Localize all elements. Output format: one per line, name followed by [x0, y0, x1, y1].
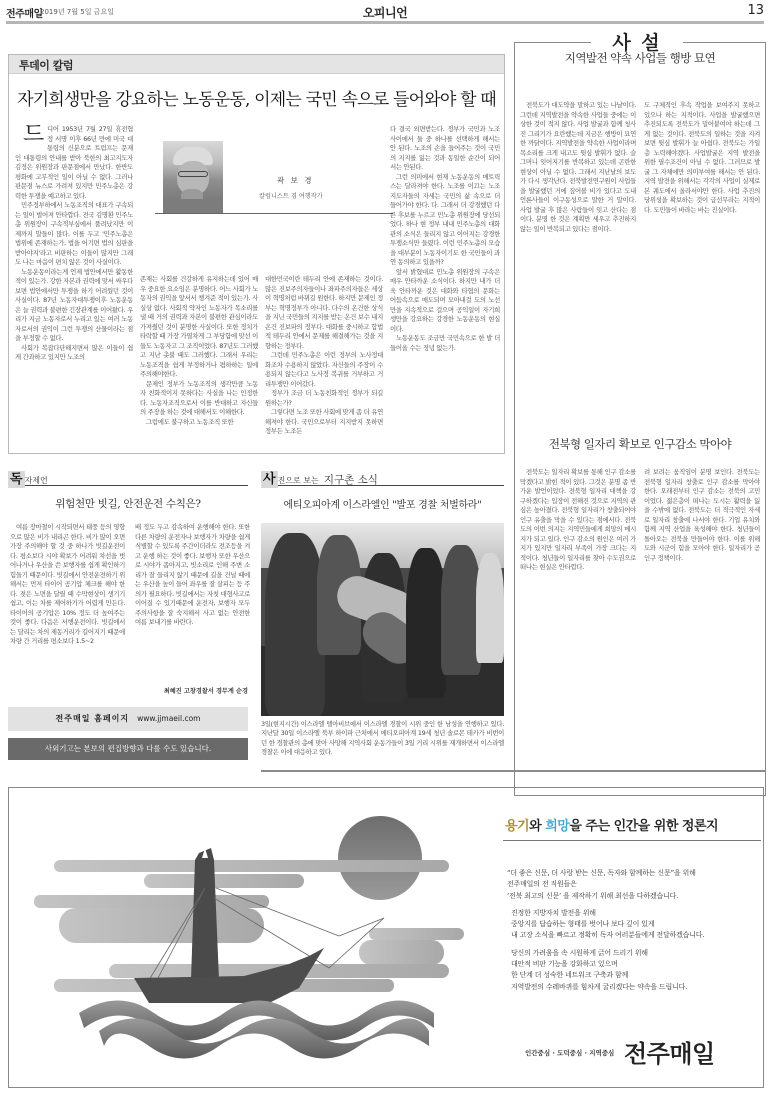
paragraph: 여름 장마철이 시작되면서 태풍 등의 영향으로 많은 비가 내리곤 한다. 비… [10, 523, 125, 647]
pledge-line: “더 좋은 신문, 더 사랑 받는 신문, 독자와 함께하는 신문”을 위해 [507, 869, 696, 877]
news-photo [261, 523, 504, 716]
reader-proposal-header: 독자제언 [8, 468, 248, 486]
homepage-label: 전주매일 홈페이지 [56, 714, 130, 723]
slogan-hope: 희망 [545, 819, 569, 834]
pledge-line: 전주매일의 전 직원들은 [507, 880, 577, 888]
paragraph: 그럼에도 불구하고 노동조직 또한 [140, 418, 258, 428]
column-headline: 자기희생만을 강요하는 노동운동, 이제는 국민 속으로 들어와야 할 때 [9, 85, 504, 110]
masthead-divider [6, 21, 764, 24]
paragraph: 대한민국이란 테두리 안에 존재하는 것이다. 많은 진보주의자들이나 좌파주의… [265, 275, 383, 351]
section-cap: 독 [8, 471, 25, 488]
ad-divider [503, 840, 761, 841]
column-text-col1: 드 디어 1953년 7월 27일 휴전협정 서명 이후 66년 만에 미국 대… [15, 125, 133, 445]
editorial-headline-1: 지역발전 약속 사업들 행방 묘연 [514, 50, 766, 66]
author-divider [155, 213, 393, 214]
reader-text-col2: 배 정도 두고 감속하여 운행해야 한다. 또한 다른 차량의 운전자나 보행자… [135, 523, 250, 685]
today-column: 투데이 칼럼 자기희생만을 강요하는 노동운동, 이제는 국민 속으로 들어와야… [8, 54, 505, 454]
ship-pen-illustration [9, 788, 479, 1087]
slogan-courage: 용기 [505, 819, 529, 834]
paragraph: 전북도가 대도약을 말하고 있는 나날이다. 그런데 지역발전을 약속한 사업들… [520, 101, 636, 234]
pledge-line: 지역발전의 수레바퀴를 힘차게 굴리겠다는 약속을 드립니다. [511, 983, 687, 991]
editorial-top-rule-right [683, 42, 766, 43]
editorial-1-col2: 도 구체적인 후속 작업을 보여주지 못하고 있으나 하는 지적이다. 사업을 … [644, 101, 760, 426]
paragraph: 그런데 민주노총은 이런 정부의 노사정대화조차 수용하지 않았다. 자신들의 … [265, 351, 383, 389]
column-text-col3: 대한민국이란 테두리 안에 존재하는 것이다. 많은 진보주의자들이나 좌파주의… [265, 275, 383, 447]
editorial-2-col2: 려 보려는 움직임이 분명 보인다. 전북도는 전북형 일자리 창출로 인구 감… [644, 468, 760, 790]
paragraph: 앞서 밝혔대로 민노총 위원장의 구속은 매우 안타까운 소식이다. 하지만 내… [390, 268, 500, 335]
paragraph: 정부가 조금 더 노동친화적인 정부가 되길 원하는가? [265, 389, 383, 408]
pledge-line: 내 고장 소식을 빠르고 정확히 독자 여러분들에게 전달하겠습니다. [511, 931, 704, 939]
slogan-text: 을 주는 인간을 위한 정론지 [569, 819, 718, 834]
section-label: 자제언 [25, 476, 48, 485]
paragraph: 노동운동도 조금만 국민속으로 한 발 더 들어올 수는 정녕 없는가. [390, 334, 500, 353]
section-label-small: 진으로 보는 [278, 476, 319, 485]
author-role: 칼럼니스트 겸 여행작가 [259, 191, 323, 200]
photo-news-headline: 에티오피아계 이스라엘인 "발포 경찰 처벌하라" [261, 496, 504, 511]
editorial-1-col1: 전북도가 대도약을 말하고 있는 나날이다. 그런데 지역발전을 약속한 사업들… [520, 101, 636, 426]
pledge-line: 당신의 가려움을 속 시원하게 긁어 드리기 위해 [511, 949, 648, 957]
paragraph: 그런 의미에서 현재 노동운동의 매트릭스는 달라져야 한다. 노조를 이끄는 … [390, 173, 500, 268]
section-divider [261, 770, 765, 772]
slogan-text: 와 [529, 819, 545, 834]
drop-cap: 드 [23, 125, 44, 145]
paragraph: 도 구체적인 후속 작업을 보여주지 못하고 있으나 하는 지적이다. 사업을 … [644, 101, 760, 215]
pledge-line: 진정한 지방자치 발전을 위해 [511, 909, 596, 917]
pledge-paragraph: “더 좋은 신문, 더 사랑 받는 신문, 독자와 함께하는 신문”을 위해 전… [507, 868, 762, 902]
column-text-col4: 다 결국 외면받는다. 정부가 국민과 노조사이에서 둘 중 하나를 선택하게 … [390, 125, 500, 447]
column-tab: 투데이 칼럼 [9, 55, 504, 74]
paragraph: 그렇다면 노조 또한 사회에 맞게 좀 더 유연해져야 한다. 국민으로부터 지… [265, 408, 383, 437]
officer-figure [406, 548, 446, 698]
editorial-2-col1: 전북도는 일자리 확보를 통해 인구 감소를 막겠다고 밝힌 적이 있다. 그것… [520, 468, 636, 790]
column-tab-label: 투데이 칼럼 [19, 57, 73, 73]
paragraph: 문제인 정부가 노동조직의 생각만큼 노동자 친화적이지 못하다는 사실을 나는… [140, 380, 258, 418]
page-number: 13 [747, 3, 764, 18]
paragraph: 민주정부하에서 노동조직의 대표가 구속되는 일이 벌어져 안타깝다. 전국 김… [15, 201, 133, 268]
ad-motto: 인간중심 · 도덕중심 · 지역중심 [525, 1048, 614, 1057]
paragraph: 사회가 복잡다단해지면서 많은 이들이 쉽게 간과하고 있지만 노조의 [15, 344, 133, 363]
ad-slogan: 용기와 희망을 주는 인간을 위한 정론지 [505, 815, 718, 834]
reader-signature: 최혜진 고창경찰서 경무계 순경 [135, 686, 248, 695]
reader-text-col1: 여름 장마철이 시작되면서 태풍 등의 영향으로 많은 비가 내리곤 한다. 비… [10, 523, 125, 698]
photo-caption: 3일(현지시간) 이스라엘 텔아비브에서 이스라엘 경찰이 시위 중인 한 남성… [261, 720, 504, 757]
editorial-top-rule-left [514, 42, 591, 43]
shirt-shape [163, 199, 223, 213]
pledge-paragraph: 당신의 가려움을 속 시원하게 긁어 드리기 위해 대안적 비판 기능을 강화하… [507, 948, 762, 993]
pledge-paragraph: 진정한 지방자치 발전을 위해 중앙지를 답습하는 형태를 벗어나 보다 깊이 … [507, 908, 762, 942]
section-title: 오피니언 [6, 4, 764, 21]
homepage-banner[interactable]: 전주매일 홈페이지www.jjmaeil.com [8, 707, 248, 731]
pledge-line: 대안적 비판 기능을 강화하고 있으며 [511, 960, 618, 968]
homepage-url[interactable]: www.jjmaeil.com [137, 714, 200, 723]
photo-news-header: 사진으로 보는 지구촌 소식 [261, 468, 504, 486]
paragraph: 다 결국 외면받는다. 정부가 국민과 노조사이에서 둘 중 하나를 선택하게 … [390, 125, 500, 173]
author-photo [163, 141, 223, 213]
paragraph: 려 보려는 움직임이 분명 보인다. 전북도는 전북형 일자리 창출로 인구 감… [644, 468, 760, 563]
masthead: 전주매일 2019년 7월 5일 금요일 오피니언 13 [6, 2, 764, 22]
author-name: 곽 보 경 [277, 175, 314, 186]
section-cap: 사 [261, 471, 278, 488]
pledge-line: 한 단계 더 성숙한 네트워크 구축과 함께 [511, 971, 628, 979]
pledge-line: 중앙지를 답습하는 형태를 벗어나 보다 깊이 있게 [511, 920, 654, 928]
police-figure [265, 533, 325, 716]
paragraph: 배 정도 두고 감속하여 운행해야 한다. 또한 다른 차량의 운전자나 보행자… [135, 523, 250, 628]
editorial-headline-2: 전북형 일자리 확보로 인구감소 막아야 [514, 436, 766, 452]
reader-proposal-headline: 위험천만 빗길, 안전운전 수칙은? [8, 496, 248, 511]
bystander-figure [476, 553, 504, 663]
photographer-figure [441, 545, 481, 675]
paragraph: 존재는 사회를 건강하게 유지하는데 있어 매우 중요한 요소임은 분명하다. … [140, 275, 258, 380]
section-label-large: 지구촌 소식 [324, 474, 378, 486]
ad-logo: 전주매일 [624, 1034, 715, 1069]
glasses-shape [178, 171, 208, 177]
column-text-col2: 존재는 사회를 건강하게 유지하는데 있어 매우 중요한 요소임은 분명하다. … [140, 275, 258, 447]
paragraph: 전북도는 일자리 확보를 통해 인구 감소를 막겠다고 밝힌 적이 있다. 그것… [520, 468, 636, 573]
disclaimer-banner: 사외기고는 본보의 편집방향과 다를 수도 있습니다. [8, 738, 248, 760]
pledge-line: ‘전북 최고의 신문’ 을 제작하기 위해 최선을 다하겠습니다. [507, 892, 678, 900]
paragraph: 노동운동이라는게 언제 법안에서만 활동한 적이 있는가. 강한 자본과 권력에… [15, 268, 133, 344]
ad-pledge-text: “더 좋은 신문, 더 사랑 받는 신문, 독자와 함께하는 신문”을 위해 전… [507, 868, 762, 999]
